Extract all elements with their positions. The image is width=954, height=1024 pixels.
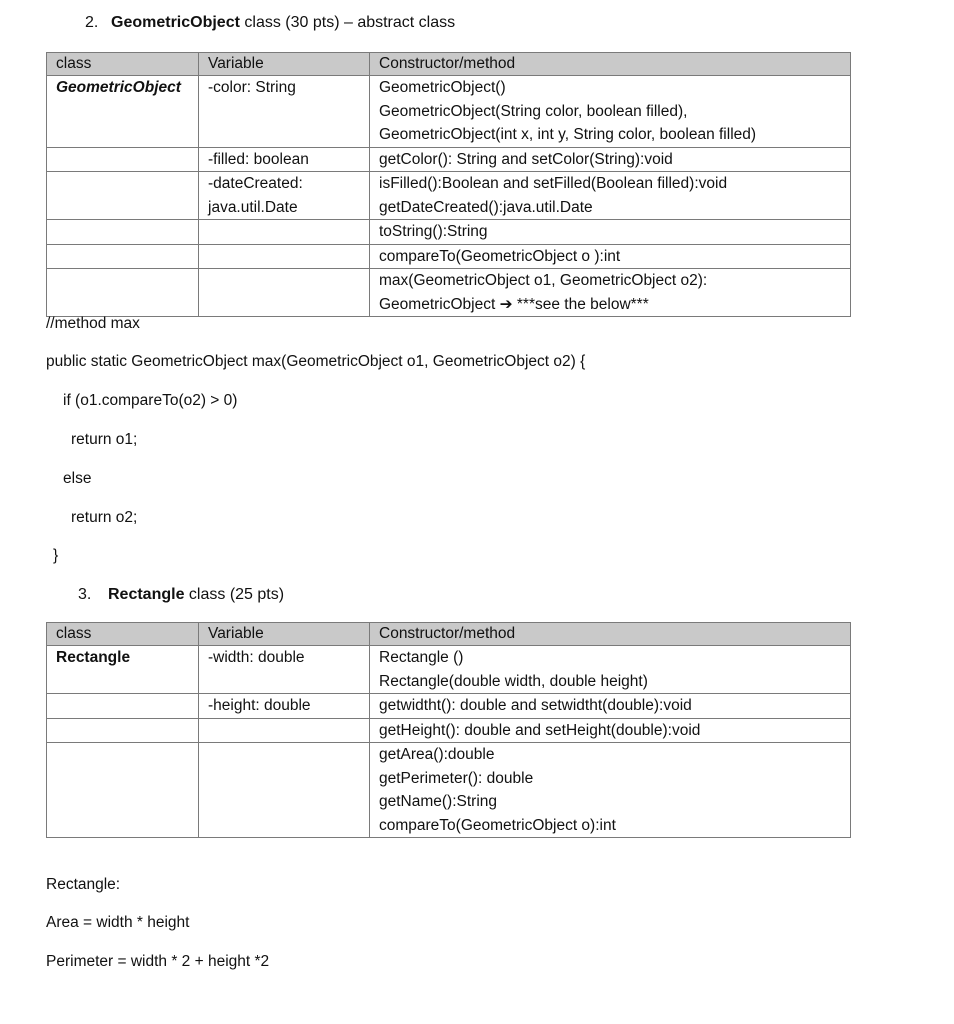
header-class: class bbox=[47, 53, 199, 76]
heading-rest: class (30 pts) – abstract class bbox=[240, 14, 455, 31]
code-comment: //method max bbox=[46, 315, 140, 333]
class-cell bbox=[47, 694, 199, 719]
table-row: toString():String bbox=[47, 220, 851, 245]
table-row: getArea():doublegetPerimeter(): doublege… bbox=[47, 743, 851, 838]
class-cell bbox=[47, 269, 199, 317]
method-line: getName():String bbox=[379, 790, 841, 814]
method-line: getDateCreated():java.util.Date bbox=[379, 196, 841, 220]
method-line: getPerimeter(): double bbox=[379, 767, 841, 791]
method-line: GeometricObject ➔ ***see the below*** bbox=[379, 293, 841, 317]
class-name: Rectangle bbox=[108, 586, 184, 603]
table-row: GeometricObject-color: StringGeometricOb… bbox=[47, 76, 851, 148]
class-cell bbox=[47, 743, 199, 838]
section-2-heading: 2.GeometricObject class (30 pts) – abstr… bbox=[85, 14, 455, 32]
code-signature: public static GeometricObject max(Geomet… bbox=[46, 353, 585, 371]
header-variable: Variable bbox=[199, 623, 370, 646]
class-cell bbox=[47, 172, 199, 220]
notes-label: Rectangle: bbox=[46, 876, 120, 894]
table-row: Rectangle-width: doubleRectangle ()Recta… bbox=[47, 646, 851, 694]
class-cell bbox=[47, 244, 199, 269]
method-line: getArea():double bbox=[379, 743, 841, 767]
method-cell: compareTo(GeometricObject o ):int bbox=[370, 244, 851, 269]
table-row: -filled: booleangetColor(): String and s… bbox=[47, 147, 851, 172]
method-line: compareTo(GeometricObject o ):int bbox=[379, 245, 841, 269]
method-cell: getColor(): String and setColor(String):… bbox=[370, 147, 851, 172]
section-3-heading: 3.Rectangle class (25 pts) bbox=[78, 586, 284, 604]
method-cell: getwidtht(): double and setwidtht(double… bbox=[370, 694, 851, 719]
class-name: GeometricObject bbox=[111, 14, 240, 31]
code-close-brace: } bbox=[53, 547, 58, 565]
table-header-row: classVariableConstructor/method bbox=[47, 53, 851, 76]
variable-cell: -dateCreated:java.util.Date bbox=[199, 172, 370, 220]
variable-cell bbox=[199, 244, 370, 269]
section-number: 3. bbox=[78, 586, 108, 604]
code-else: else bbox=[63, 470, 91, 488]
variable-line: -color: String bbox=[208, 76, 360, 100]
method-line: GeometricObject(String color, boolean fi… bbox=[379, 100, 841, 124]
table-row: compareTo(GeometricObject o ):int bbox=[47, 244, 851, 269]
method-line: isFilled():Boolean and setFilled(Boolean… bbox=[379, 172, 841, 196]
code-return-o1: return o1; bbox=[71, 431, 137, 449]
method-cell: GeometricObject()GeometricObject(String … bbox=[370, 76, 851, 148]
header-methods: Constructor/method bbox=[370, 623, 851, 646]
method-cell: getHeight(): double and setHeight(double… bbox=[370, 718, 851, 743]
table-header-row: classVariableConstructor/method bbox=[47, 623, 851, 646]
method-cell: Rectangle ()Rectangle(double width, doub… bbox=[370, 646, 851, 694]
variable-cell: -width: double bbox=[199, 646, 370, 694]
header-class: class bbox=[47, 623, 199, 646]
method-cell: toString():String bbox=[370, 220, 851, 245]
method-line: getColor(): String and setColor(String):… bbox=[379, 148, 841, 172]
method-line: compareTo(GeometricObject o):int bbox=[379, 814, 841, 838]
method-line: max(GeometricObject o1, GeometricObject … bbox=[379, 269, 841, 293]
perimeter-formula: Perimeter = width * 2 + height *2 bbox=[46, 953, 269, 971]
heading-rest: class (25 pts) bbox=[184, 586, 284, 603]
header-variable: Variable bbox=[199, 53, 370, 76]
method-line: toString():String bbox=[379, 220, 841, 244]
class-cell: GeometricObject bbox=[47, 76, 199, 148]
header-methods: Constructor/method bbox=[370, 53, 851, 76]
code-if: if (o1.compareTo(o2) > 0) bbox=[63, 392, 237, 410]
variable-cell: -filled: boolean bbox=[199, 147, 370, 172]
section-number: 2. bbox=[85, 14, 111, 32]
variable-line: -filled: boolean bbox=[208, 148, 360, 172]
method-line: getwidtht(): double and setwidtht(double… bbox=[379, 694, 841, 718]
variable-line: -width: double bbox=[208, 646, 360, 670]
method-line: GeometricObject(int x, int y, String col… bbox=[379, 123, 841, 147]
table-row: getHeight(): double and setHeight(double… bbox=[47, 718, 851, 743]
method-line: Rectangle(double width, double height) bbox=[379, 670, 841, 694]
variable-line: -dateCreated: bbox=[208, 172, 360, 196]
method-cell: getArea():doublegetPerimeter(): doublege… bbox=[370, 743, 851, 838]
variable-cell bbox=[199, 220, 370, 245]
method-cell: max(GeometricObject o1, GeometricObject … bbox=[370, 269, 851, 317]
method-line: GeometricObject() bbox=[379, 76, 841, 100]
variable-cell bbox=[199, 269, 370, 317]
variable-cell: -color: String bbox=[199, 76, 370, 148]
geometric-object-table: classVariableConstructor/methodGeometric… bbox=[46, 52, 851, 317]
code-return-o2: return o2; bbox=[71, 509, 137, 527]
variable-cell bbox=[199, 718, 370, 743]
rectangle-table: classVariableConstructor/methodRectangle… bbox=[46, 622, 851, 838]
variable-cell bbox=[199, 743, 370, 838]
variable-cell: -height: double bbox=[199, 694, 370, 719]
variable-line: java.util.Date bbox=[208, 196, 360, 220]
method-line: getHeight(): double and setHeight(double… bbox=[379, 719, 841, 743]
method-cell: isFilled():Boolean and setFilled(Boolean… bbox=[370, 172, 851, 220]
class-cell: Rectangle bbox=[47, 646, 199, 694]
class-cell bbox=[47, 147, 199, 172]
class-cell bbox=[47, 220, 199, 245]
table-row: -height: doublegetwidtht(): double and s… bbox=[47, 694, 851, 719]
area-formula: Area = width * height bbox=[46, 914, 189, 932]
variable-line: -height: double bbox=[208, 694, 360, 718]
table-row: max(GeometricObject o1, GeometricObject … bbox=[47, 269, 851, 317]
table-row: -dateCreated:java.util.DateisFilled():Bo… bbox=[47, 172, 851, 220]
method-line: Rectangle () bbox=[379, 646, 841, 670]
class-cell bbox=[47, 718, 199, 743]
